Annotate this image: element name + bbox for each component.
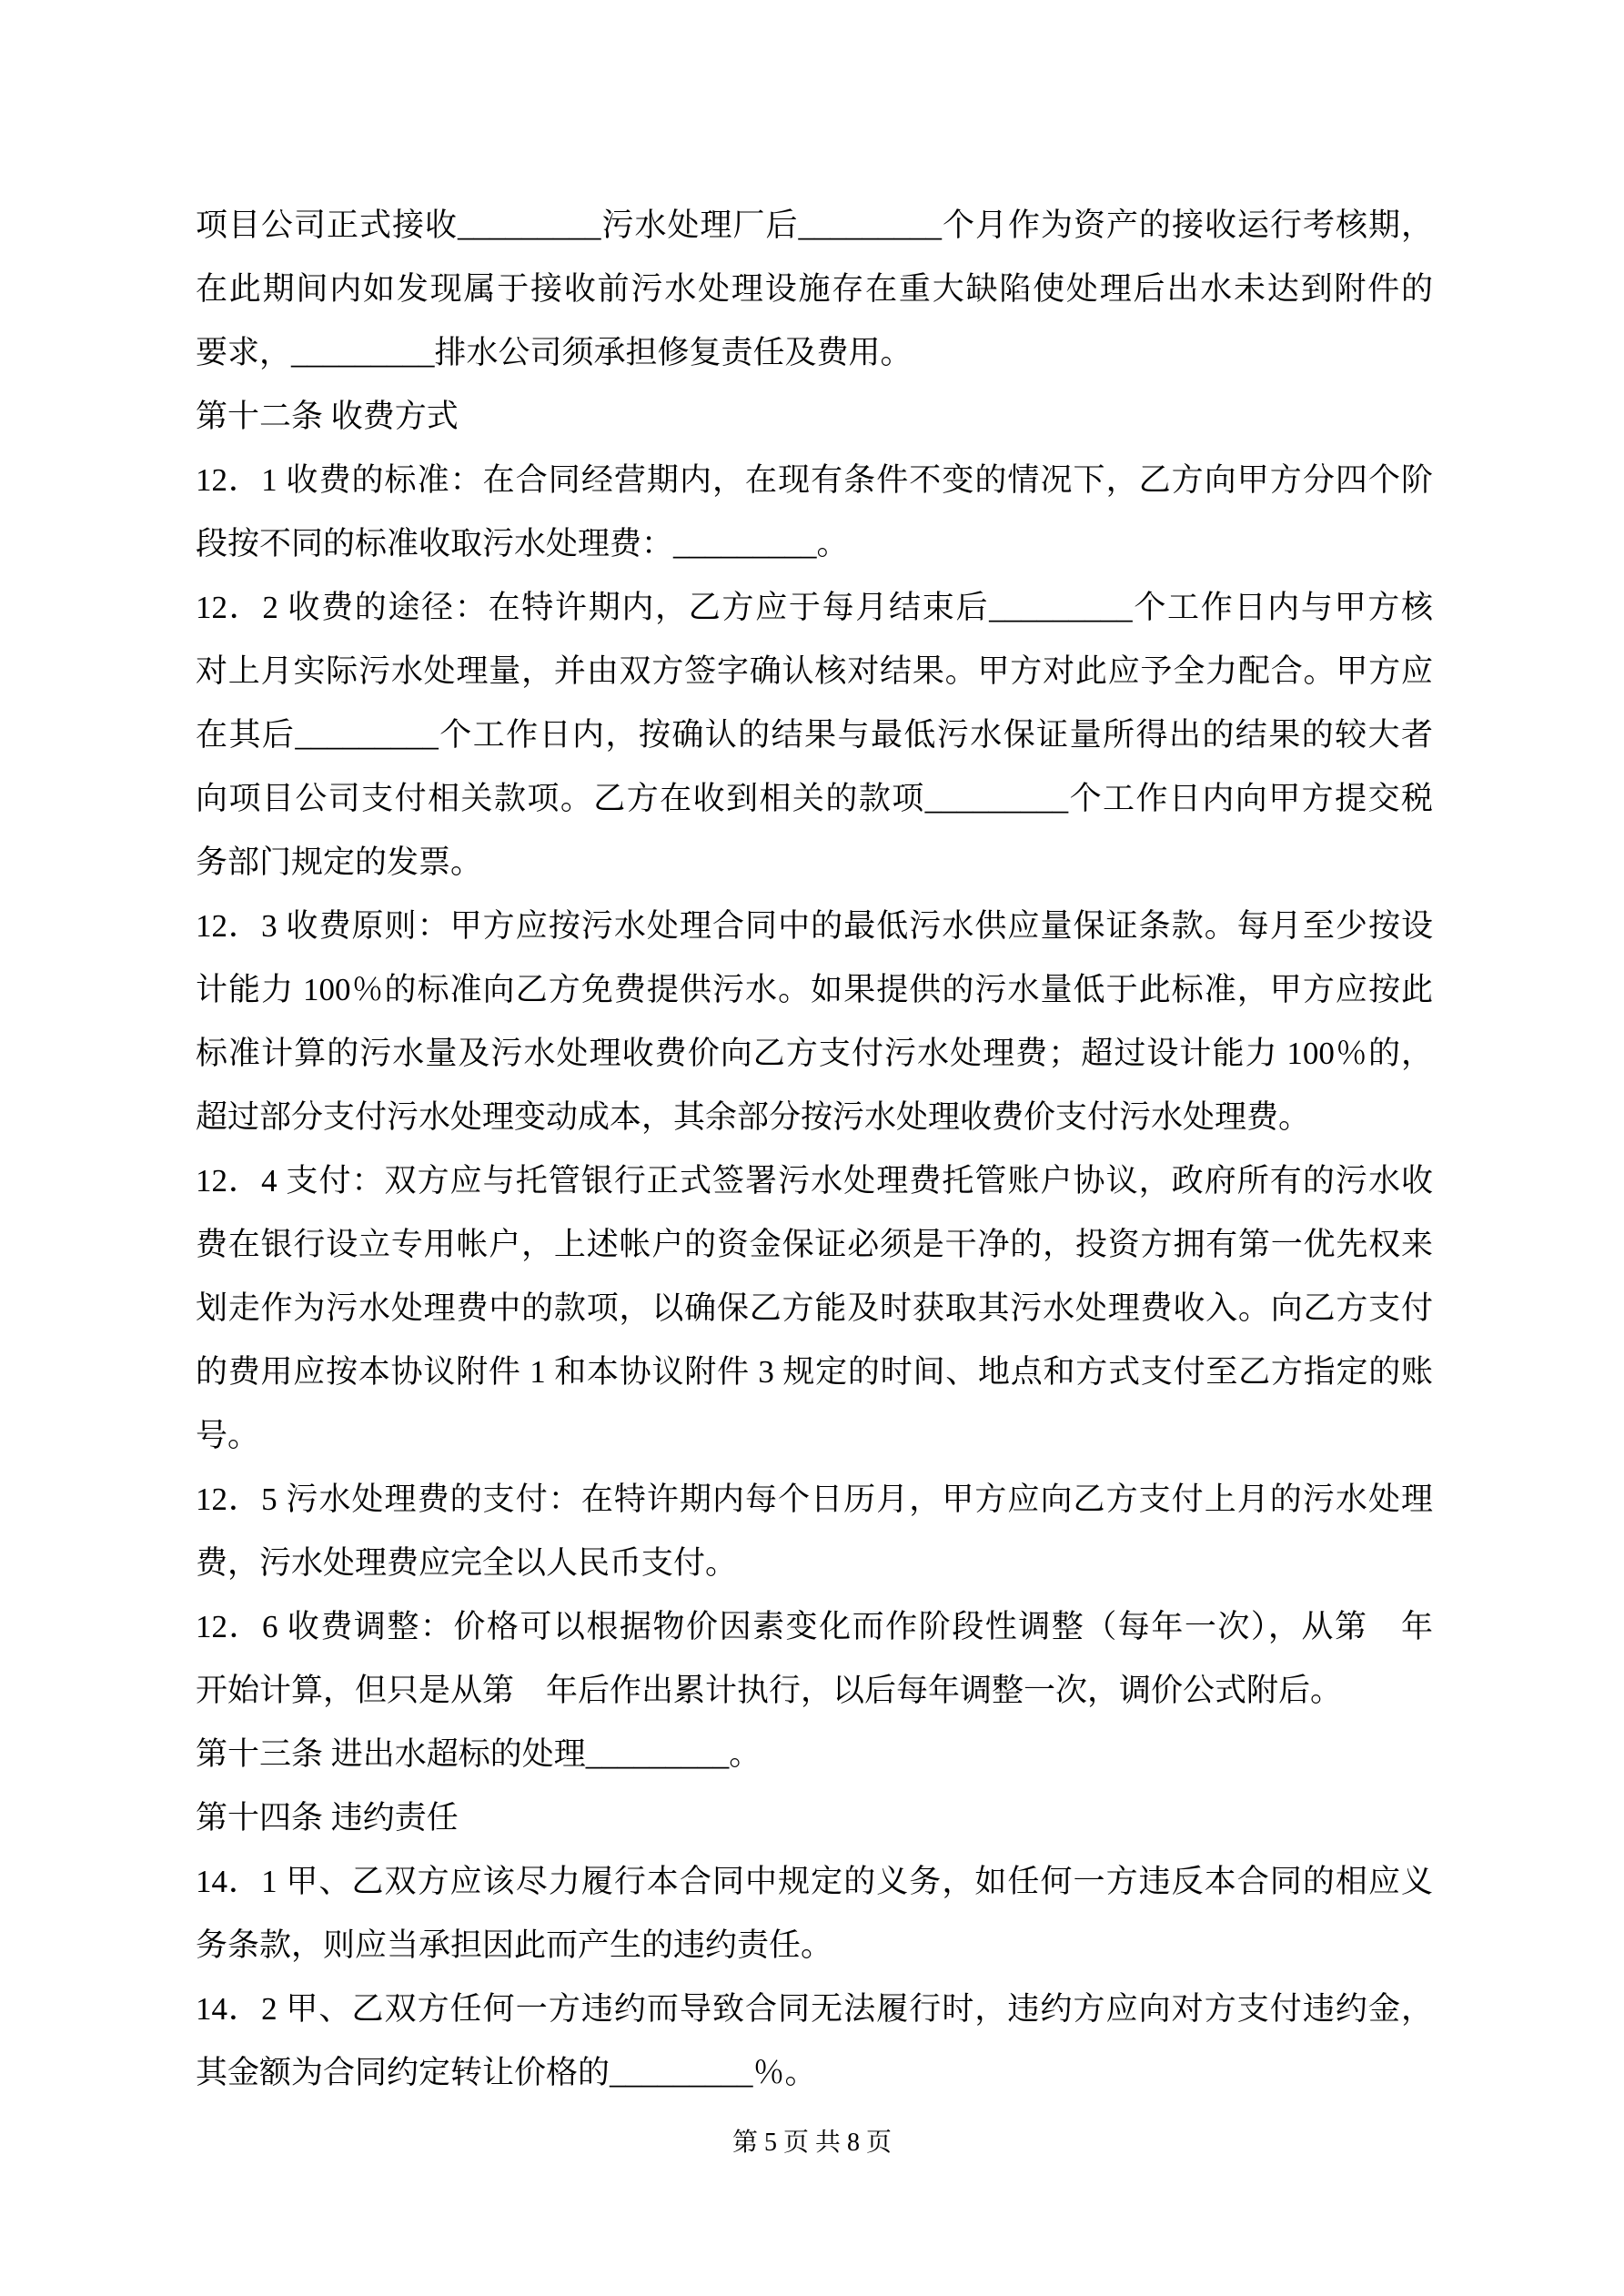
text-line: 划走作为污水处理费中的款项，以确保乙方能及时获取其污水处理费收入。向乙方支付 [196,1277,1433,1340]
text-line: 第十二条 收费方式 [196,385,1433,449]
text-line: 标准计算的污水量及污水处理收费价向乙方支付污水处理费；超过设计能力 100％的， [196,1022,1433,1086]
text-line: 对上月实际污水处理量，并由双方签字确认核对结果。甲方对此应予全力配合。甲方应 [196,640,1433,703]
text-line: 12．4 支付：双方应与托管银行正式签署污水处理费托管账户协议，政府所有的污水收 [196,1149,1433,1213]
text-line: 12．6 收费调整：价格可以根据物价因素变化而作阶段性调整（每年一次），从第 年 [196,1595,1433,1659]
text-line: 的费用应按本协议附件 1 和本协议附件 3 规定的时间、地点和方式支付至乙方指定… [196,1340,1433,1404]
text-line: 要求，_________排水公司须承担修复责任及费用。 [196,321,1433,385]
text-line: 费在银行设立专用帐户，上述帐户的资金保证必须是干净的，投资方拥有第一优先权来 [196,1213,1433,1277]
text-line: 号。 [196,1404,1433,1468]
text-line: 14．1 甲、乙双方应该尽力履行本合同中规定的义务，如任何一方违反本合同的相应义 [196,1850,1433,1914]
text-line: 12．5 污水处理费的支付：在特许期内每个日历月，甲方应向乙方支付上月的污水处理 [196,1468,1433,1532]
text-line: 项目公司正式接收_________污水处理厂后_________个月作为资产的接… [196,194,1433,258]
text-line: 计能力 100％的标准向乙方免费提供污水。如果提供的污水量低于此标准，甲方应按此 [196,958,1433,1022]
page-footer: 第 5 页 共 8 页 [0,2111,1624,2175]
text-line: 12．2 收费的途径：在特许期内，乙方应于每月结束后_________个工作日内… [196,576,1433,640]
text-line: 在其后_________个工作日内，按确认的结果与最低污水保证量所得出的结果的较… [196,703,1433,767]
document-body: 项目公司正式接收_________污水处理厂后_________个月作为资产的接… [196,194,1433,2105]
page-number: 第 5 页 共 8 页 [732,2129,892,2157]
text-line: 12．1 收费的标准：在合同经营期内，在现有条件不变的情况下，乙方向甲方分四个阶 [196,449,1433,512]
text-line: 在此期间内如发现属于接收前污水处理设施存在重大缺陷使处理后出水未达到附件的 [196,258,1433,321]
text-line: 12．3 收费原则：甲方应按污水处理合同中的最低污水供应量保证条款。每月至少按设 [196,895,1433,958]
text-line: 务部门规定的发票。 [196,831,1433,895]
text-line: 开始计算，但只是从第 年后作出累计执行，以后每年调整一次，调价公式附后。 [196,1659,1433,1723]
text-line: 其金额为合同约定转让价格的_________％。 [196,2041,1433,2105]
text-line: 务条款，则应当承担因此而产生的违约责任。 [196,1914,1433,1977]
text-line: 段按不同的标准收取污水处理费：_________。 [196,512,1433,576]
document-page: 项目公司正式接收_________污水处理厂后_________个月作为资产的接… [0,0,1624,2296]
text-line: 超过部分支付污水处理变动成本，其余部分按污水处理收费价支付污水处理费。 [196,1086,1433,1149]
text-line: 第十三条 进出水超标的处理_________。 [196,1723,1433,1786]
text-line: 向项目公司支付相关款项。乙方在收到相关的款项_________个工作日内向甲方提… [196,767,1433,831]
text-line: 第十四条 违约责任 [196,1786,1433,1850]
text-line: 14．2 甲、乙双方任何一方违约而导致合同无法履行时，违约方应向对方支付违约金， [196,1977,1433,2041]
text-line: 费，污水处理费应完全以人民币支付。 [196,1532,1433,1595]
